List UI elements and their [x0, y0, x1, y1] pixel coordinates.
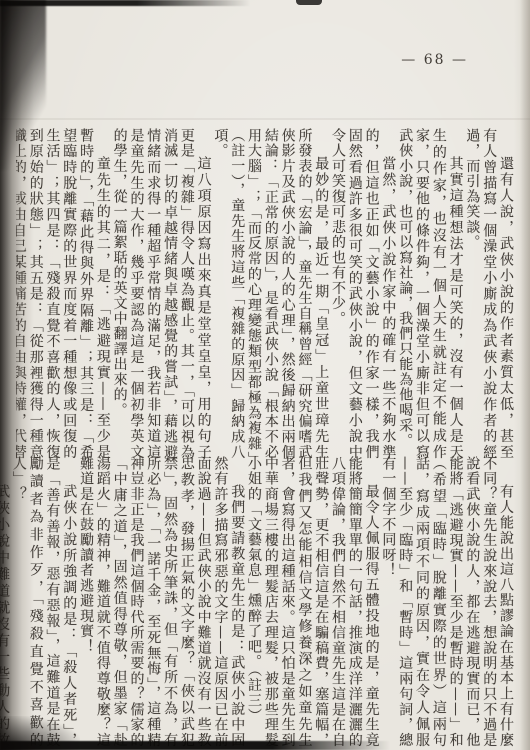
scan-top-edge-shadow	[0, 0, 250, 6]
paragraph: 童先生的其二，是：「逃避現實——至少是暫時的」，「藉此得與外界隔離」；其三是：「…	[16, 128, 111, 460]
paragraph: 有人能說出這八點謬論在基本上有什麼不同？童先生說來說去，想說明的只不過是說看武俠…	[380, 456, 514, 748]
scan-top-speck	[296, 0, 322, 5]
paragraph: 最令人佩服得五體投地的是，童先生竟能將簡簡單單的一句話，推演成洋洋灑灑的八項偉論…	[245, 456, 379, 748]
text-band-top: 還有人說，武俠小說的作者素質太低，甚至有人曾描寫一個澡堂小廝成為武俠小說作者的經…	[16, 128, 514, 460]
page-number: — 68 —	[401, 52, 468, 68]
scan-crease	[0, 118, 530, 120]
text-band-bottom: 有人能說出這八點謬論在基本上有什麼不同？童先生說來說去，想說明的只不過是說看武俠…	[0, 456, 514, 748]
paragraph: 當然，武俠小說作家中的確有一些不夠水準的，但這也正如「文藝小說」的作家一樣，我們…	[329, 128, 396, 460]
scan-right-edge-shadow	[520, 0, 530, 750]
paragraph: 武俠小說中難道就沒有一些動人的故事，曲折的情節，感人的場面，有性格的人物？	[0, 456, 10, 748]
scanned-book-page: { "page": { "number_label": "— 68 —" }, …	[0, 0, 530, 750]
paragraph: 最妙的是，最近一期「皇冠」上童世璋先生所發表的「宏論」，童先生自稱曾經「研究偏嗜…	[212, 128, 330, 460]
paragraph: 這八項原因寫出來真是堂堂皇皇，用的句子更是「複雜」得令人嘆為觀止。其一，「可以視…	[111, 128, 212, 460]
paragraph: 還有人說，武俠小說的作者素質太低，甚至有人曾描寫一個澡堂小廝成為武俠小說作者的經…	[464, 128, 514, 460]
paragraph: 其實這種想法才是可笑的，沒有一個人是天生的作家，也沒有一個人天生就註定不能成作家…	[396, 128, 463, 460]
paragraph: 武俠小說所強調的是：「殺人者死」，是「善有善報，惡有惡報」，這難道是在鼓勵讀者為…	[10, 456, 77, 748]
paragraph: 我們要請教童先生的是：武俠小說中固然有許多描寫邪惡的文字——這原因已在前面說過—…	[77, 456, 245, 748]
